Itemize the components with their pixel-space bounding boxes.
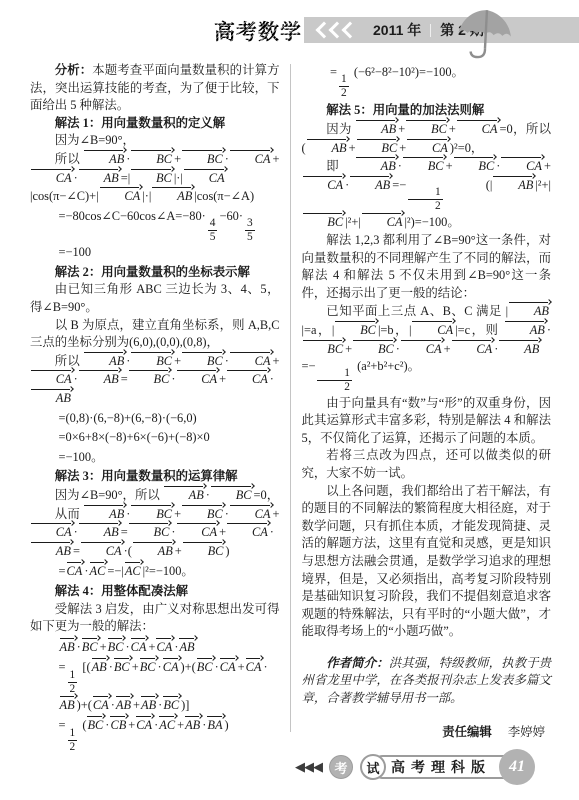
vector: CA xyxy=(226,523,270,539)
fraction: 12 xyxy=(68,727,78,754)
fraction: 45 xyxy=(208,217,218,244)
body-paragraph: 若将三点改为四点，还可以做类似的研究，大家不妨一试。 xyxy=(302,447,552,482)
vector: AB xyxy=(306,139,349,155)
math-paragraph: =12 [(AB·BC+BC·CA)+(BC·CA+CA·AB)+(CA·AB+… xyxy=(30,658,280,714)
journal-page: { "header": { "journal_title": "高考数学", "… xyxy=(0,0,579,800)
vector: BC xyxy=(181,150,225,166)
vector: CA xyxy=(400,340,444,356)
triple-left-chevrons-icon xyxy=(318,24,357,36)
vector: AB xyxy=(59,638,77,654)
page-header: 高考数学 2011 年 第 2 期 xyxy=(0,0,579,58)
vector: AB xyxy=(83,150,126,166)
vector: CA xyxy=(30,523,74,539)
vector: CA xyxy=(130,638,149,654)
solution-4-heading: 解法 4：用整体配凑法解 xyxy=(30,583,280,601)
analysis-paragraph: 分析：本题考查平面向量数量积的计算方法，突出运算技能的考查，为了便于比较，下面给… xyxy=(30,62,280,115)
vector: CA xyxy=(183,169,227,185)
math-paragraph: =0×6+8×(−8)+6×(−6)+(−8)×0 xyxy=(30,429,280,447)
vector: BC xyxy=(402,157,446,173)
edition-label: 高考理科版 xyxy=(391,757,491,777)
solution-3-heading: 解法 3：用向量数量积的运算律解 xyxy=(30,468,280,486)
vector: CA xyxy=(226,370,270,386)
vector: BC xyxy=(182,542,226,558)
solution-5-heading: 解法 5：用向量的加法法则解 xyxy=(302,102,552,120)
vector: BC xyxy=(128,523,172,539)
divider xyxy=(430,24,431,37)
math-paragraph: =(0,8)·(6,−8)+(6,−8)·(−6,0) xyxy=(30,410,280,428)
journal-title: 高考数学 xyxy=(214,16,302,46)
fraction: 12 xyxy=(68,669,78,696)
body-paragraph: 以 B 为原点，建立直角坐标系，则 A,B,C 三点的坐标分别为(6,0),(0… xyxy=(30,317,280,352)
body-paragraph: 因为∠B=90°，所以 AB·BC=0， xyxy=(30,486,280,505)
editor-line: 责任编辑李婷婷 xyxy=(302,724,552,742)
vector: BC xyxy=(181,505,225,521)
vector: AB xyxy=(78,523,121,539)
vector: CA xyxy=(176,523,220,539)
vector: CA xyxy=(229,352,273,368)
vector: BC xyxy=(86,716,105,732)
vector: CA xyxy=(219,658,238,674)
vector: BC xyxy=(334,321,378,337)
vector: AB xyxy=(83,505,126,521)
page-number: 41 xyxy=(499,749,535,785)
vector: CB xyxy=(109,716,128,732)
article-body: 分析：本题考查平面向量数量积的计算方法，突出运算技能的考查，为了便于比较，下面给… xyxy=(30,62,551,740)
vector: AB xyxy=(504,321,547,337)
math-paragraph: =12 (BC·CB+CA·AC+AB·BA) xyxy=(30,716,280,753)
body-paragraph: 受解法 3 启发，由广义对称思想出发可得如下更为一般的解法： xyxy=(30,601,280,636)
page-footer: ◀◀◀ 考 试 高考理科版 41 xyxy=(295,748,535,786)
body-paragraph: 已知平面上三点 A、B、C 满足 |AB|=a，|BC|=b，|CA|=c，则 … xyxy=(302,302,552,394)
column-right: =12 (−6²−8²−10²)=−100。解法 5：用向量的加法法则解因为 A… xyxy=(291,62,552,740)
vector: CA xyxy=(451,340,495,356)
header-bar: 2011 年 第 2 期 xyxy=(304,17,579,43)
body-paragraph: 由于向量具有“数”与“形”的双重身份，因此其运算形式丰富多彩，特别是解法 4 和… xyxy=(302,395,552,448)
vector: CA xyxy=(229,505,273,521)
triple-left-triangles-icon: ◀◀◀ xyxy=(295,760,322,775)
vector: BC xyxy=(128,370,172,386)
vector: BC xyxy=(107,638,126,654)
body-paragraph: 从而 AB·BC+BC·CA+CA·AB=BC·CA+CA·AB=CA·(AB+… xyxy=(30,505,280,561)
vector: CA xyxy=(99,187,143,203)
vector: CA xyxy=(302,176,346,192)
fraction: 12 xyxy=(339,73,349,100)
body-paragraph: 由已知三角形 ABC 三边长为 3、4、5，得∠B=90°。 xyxy=(30,281,280,316)
vector: AB xyxy=(140,696,158,712)
vector: AB xyxy=(178,638,196,654)
vector: AB xyxy=(83,352,126,368)
vector: CA xyxy=(411,321,455,337)
vector: AB xyxy=(30,542,73,558)
vector: CA xyxy=(66,562,85,578)
vector: BC xyxy=(81,638,100,654)
vector: BC xyxy=(453,157,497,173)
vector: BC xyxy=(181,352,225,368)
vector: CA xyxy=(162,658,181,674)
vector: CA xyxy=(361,213,405,229)
vector: CA xyxy=(80,542,124,558)
magazine-badge-shi: 试 xyxy=(360,754,386,780)
vector: BC xyxy=(302,213,346,229)
vector: BC xyxy=(130,505,174,521)
vector: AB xyxy=(349,176,392,192)
vector: BC xyxy=(113,658,132,674)
vector: AB xyxy=(508,302,551,318)
vector: AB xyxy=(355,157,398,173)
body-paragraph: 所以 AB·BC+BC·CA+CA·AB=BC·CA+CA·AB xyxy=(30,352,280,408)
vector: BC xyxy=(405,120,449,136)
vector: AB xyxy=(115,696,133,712)
vector: BC xyxy=(139,658,158,674)
vector: AB xyxy=(163,486,206,502)
magazine-badge-kao: 考 xyxy=(329,755,353,779)
paragraph-label: 作者简介： xyxy=(326,656,388,670)
vector: BC xyxy=(130,150,174,166)
vector: CA xyxy=(92,696,111,712)
vector: CA xyxy=(135,716,154,732)
math-paragraph: =−80cos∠C−60cos∠A=−80·45−60·35=−100 xyxy=(30,208,280,262)
solution-1-heading: 解法 1：用向量数量积的定义解 xyxy=(30,115,280,133)
vector: BC xyxy=(356,139,400,155)
author-bio-paragraph: 作者简介：洪其强，特级教师，执教于贵州省龙里中学，在各类报刊杂志上发表多篇文章，… xyxy=(302,655,552,708)
vector: BC xyxy=(130,352,174,368)
vector: BC xyxy=(162,696,181,712)
fraction: 12 xyxy=(408,186,443,213)
math-paragraph: =12 (−6²−8²−10²)=−100。 xyxy=(302,64,552,100)
vector: CA xyxy=(456,120,500,136)
vector: BC xyxy=(352,340,396,356)
math-paragraph: =−100。 xyxy=(30,449,280,467)
vector: BC xyxy=(210,486,254,502)
vector: CA xyxy=(30,169,74,185)
paragraph-label: 责任编辑 xyxy=(442,725,492,739)
body-paragraph: 因为 AB+BC+CA=0，所以 (AB+BC+CA)²=0， xyxy=(302,120,552,157)
vector: CA xyxy=(229,150,273,166)
vector: AC xyxy=(124,562,143,578)
vector: AC xyxy=(89,562,108,578)
fraction: 35 xyxy=(245,217,255,244)
vector: AB xyxy=(498,340,541,356)
vector: BC xyxy=(196,658,215,674)
vector: AB xyxy=(59,696,77,712)
fraction: 12 xyxy=(317,367,352,394)
paragraph-label: 分析： xyxy=(55,63,92,77)
column-left: 分析：本题考查平面向量数量积的计算方法，突出运算技能的考查，为了便于比较，下面给… xyxy=(30,62,290,740)
math-paragraph: AB·BC+BC·CA+CA·AB xyxy=(30,638,280,657)
year-label: 2011 年 xyxy=(373,20,421,40)
body-paragraph: 因为∠B=90°， xyxy=(30,132,280,150)
body-paragraph: 即 AB·BC+BC·CA+CA·AB=−12 (|AB|²+|BC|²+|CA… xyxy=(302,157,552,232)
vector: AB xyxy=(355,120,398,136)
vector: CA xyxy=(176,370,220,386)
vector: AB xyxy=(132,542,175,558)
vector: CA xyxy=(500,157,544,173)
vector: BA xyxy=(206,716,224,732)
vector: AB xyxy=(78,169,121,185)
vector: AB xyxy=(30,389,73,405)
vector: CA xyxy=(155,638,174,654)
vector: AC xyxy=(158,716,177,732)
vector: AB xyxy=(91,658,109,674)
body-paragraph: 解法 1,2,3 都利用了∠B=90°这一条件，对向量数量积的不同理解产生了不同… xyxy=(302,232,552,302)
body-paragraph: 以上各问题，我们都给出了若干解法，有的题目的不同解法的繁简程度大相径庭，对于数学… xyxy=(302,483,552,641)
body-paragraph: 所以 AB·BC+BC·CA+CA·AB=|BC|·|CA|cos(π−∠C)+… xyxy=(30,150,280,206)
vector: AB xyxy=(78,370,121,386)
vector: AB xyxy=(184,716,202,732)
vector: CA xyxy=(406,139,450,155)
math-paragraph: =CA·AC=−|AC|²=−100。 xyxy=(30,562,280,581)
vector: CA xyxy=(245,658,264,674)
vector: BC xyxy=(302,340,346,356)
solution-2-heading: 解法 2：用向量数量积的坐标表示解 xyxy=(30,264,280,282)
vector: AB xyxy=(492,176,535,192)
vector: AB xyxy=(151,187,194,203)
vector: CA xyxy=(30,370,74,386)
vector: BC xyxy=(130,169,174,185)
